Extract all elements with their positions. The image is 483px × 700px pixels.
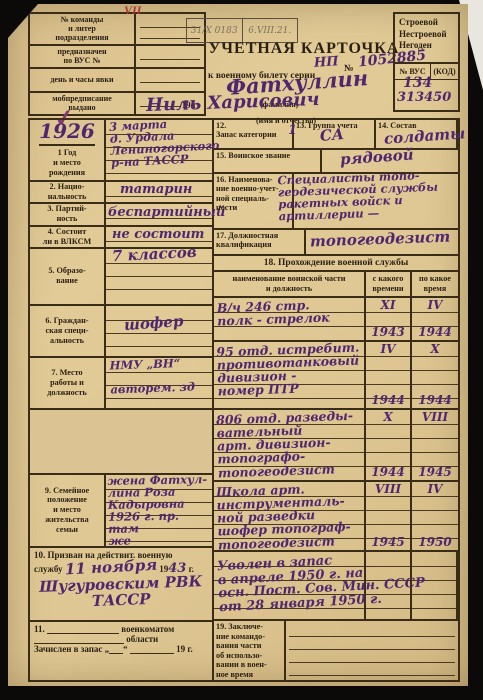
mob-time-label: день и часы явки — [30, 69, 136, 90]
kod-label: (КОД) — [431, 64, 458, 79]
left-column: 1926 1 Год и место рождения 3 марта д. У… — [30, 120, 214, 680]
service-row: 806 отд. разведы- вательный арт. дивизио… — [214, 410, 458, 482]
education-value-cell: 7 классов — [106, 249, 212, 304]
service-unit-handwritten: 95 отд. истребит. противотанковый дивизи… — [216, 340, 362, 397]
account-group-cell: 13. Группа учета СА — [294, 120, 376, 148]
reserve-blank-4 — [130, 645, 174, 654]
service-from-cell: IV 1944 — [366, 342, 412, 408]
party-handwritten: беспартийный — [108, 206, 225, 220]
service-discharge-row: Уволен в запас в апреле 1950 г. на осн. … — [214, 552, 458, 622]
service-to-cell: X 1944 — [412, 342, 458, 408]
row-command-conclusion: 19. Заключе- ние командо- вания части об… — [214, 621, 458, 680]
qualification-label: 17. Должностная квалификация — [214, 230, 306, 254]
qualification-value-cell: топогеодезист — [306, 230, 458, 254]
mob-vus-blank — [140, 49, 200, 64]
mob-row-time: день и часы явки — [30, 69, 204, 92]
service-from-year: 1945 — [371, 536, 404, 549]
military-specialty-value-cell: Специалисты топо- геодезической службы р… — [294, 174, 458, 228]
row-civil-specialty: 6. Граждан- ская специ- альность шофер — [30, 306, 212, 359]
row-family: 9. Семейное положение и место жительства… — [30, 475, 212, 548]
service-header-from: с какого времени — [366, 272, 412, 296]
reserve-g: г. — [187, 644, 192, 654]
fitness-vus-box: Строевой Нестроевой Негоден № ВУС (КОД) … — [393, 12, 460, 112]
reserve-blank-1 — [47, 625, 119, 634]
row-workplace: 7. Место работы и должность НМУ „ВН“ авт… — [30, 358, 212, 410]
reserve-word-2: области — [126, 634, 158, 644]
military-specialty-handwritten: Специалисты топо- геодезической службы р… — [277, 168, 469, 223]
service-unit-handwritten: 806 отд. разведы- вательный арт. дивизио… — [216, 408, 362, 479]
vus-code-values: 134 313450 — [395, 80, 458, 110]
account-group-handwritten: СА — [319, 127, 344, 145]
service-row: 95 отд. истребит. противотанковый дивизи… — [214, 342, 458, 410]
mob-vus-label: предназначен по ВУС № — [30, 46, 136, 67]
reserve-quote: “ — [123, 644, 128, 654]
mob-row-unit: № команды и литер подразделения — [30, 14, 204, 46]
nationality-label: 2. Нацио- нальность — [30, 182, 106, 202]
military-record-card: № команды и литер подразделения предназн… — [8, 4, 468, 686]
service-from-cell: XI 1943 — [366, 298, 412, 340]
komsomol-handwritten: не состоит — [112, 228, 204, 242]
mob-row-vus: предназначен по ВУС № — [30, 46, 204, 69]
birth-place-handwritten: 3 марта д. Урдала Лениногорского р-на ТА… — [109, 115, 220, 169]
service-from-month: XI — [381, 299, 396, 312]
service-to-year: 1945 — [418, 466, 451, 479]
education-handwritten: 7 классов — [112, 245, 197, 265]
service-from-month: IV — [381, 343, 396, 356]
service-section-title: 18. Прохождение военной службы — [214, 256, 458, 272]
service-row: Школа арт. инструменталь- ной разведки ш… — [214, 482, 458, 552]
service-from-month: VIII — [375, 483, 401, 496]
service-unit-cell: 806 отд. разведы- вательный арт. дивизио… — [214, 410, 366, 480]
service-unit-handwritten: В/ч 246 стр. полк - стрелок — [217, 296, 362, 327]
code-number-handwritten: 313450 — [397, 91, 451, 105]
service-table-header: наименование воинской части и должность … — [214, 272, 458, 298]
komsomol-label: 4. Состоит ли в ВЛКСМ — [30, 227, 106, 247]
service-from-month: X — [383, 411, 392, 424]
reserve-category-label: 12. Запас категории — [214, 120, 294, 148]
reserve-enlist: Зачислен в запас „ — [34, 644, 109, 654]
service-from-year: 1944 — [371, 394, 404, 407]
workplace-value-cell: НМУ „ВН“ авторем. зд — [106, 358, 212, 408]
rank-handwritten: рядовой — [340, 147, 415, 168]
pencil-note-left: 31/X 0183 — [187, 19, 243, 42]
conclusion-blank-lines — [289, 623, 455, 678]
birth-label: 1 Год и место рождения — [49, 146, 85, 180]
mob-unit-label: № команды и литер подразделения — [30, 14, 136, 44]
service-from-cell: VIII 1945 — [366, 482, 412, 550]
mob-time-blank — [140, 72, 200, 87]
service-to-year: 1944 — [418, 394, 451, 407]
red-numeral-annotation: VII — [124, 3, 141, 18]
nationality-handwritten: татарин — [120, 183, 192, 197]
service-to-cell: VIII 1945 — [412, 410, 458, 480]
drafted-word: службу — [34, 564, 63, 574]
service-to-month: IV — [428, 299, 443, 312]
party-value-cell: беспартийный — [106, 204, 212, 225]
civil-specialty-value-cell: шофер — [106, 306, 212, 357]
nationality-value-cell: татарин — [106, 182, 212, 202]
row-reserve: 11. военкоматом области Зачислен в запас… — [30, 622, 212, 680]
rank-label: 15. Воинское звание — [214, 150, 322, 172]
card-body-frame: 1926 1 Год и место рождения 3 марта д. У… — [28, 118, 460, 682]
right-column: 12. Запас категории 13. Группа учета СА … — [214, 120, 458, 680]
civil-specialty-label: 6. Граждан- ская специ- альность — [30, 306, 106, 357]
service-to-year: 1950 — [418, 536, 451, 549]
service-unit-cell: Школа арт. инструменталь- ной разведки ш… — [214, 482, 366, 550]
row-nationality: 2. Нацио- нальность татарин — [30, 182, 212, 204]
service-unit-cell: 95 отд. истребит. противотанковый дивизи… — [214, 342, 366, 408]
composition-handwritten: солдаты — [384, 126, 466, 147]
birth-year-handwritten: 1926 — [39, 120, 95, 146]
service-header-name: наименование воинской части и должность — [214, 272, 366, 296]
vus-number-handwritten: 134 — [403, 76, 432, 91]
conclusion-label: 19. Заключе- ние командо- вания части об… — [214, 621, 286, 680]
education-label: 5. Образо- вание — [30, 249, 106, 304]
row-military-specialty: 16. Наименова- ние военно-учет- ной спец… — [214, 174, 458, 230]
family-value-cell: жена Фатхул- лина Роза Кадыровна 1926 г.… — [106, 475, 212, 546]
mob-order-label: мобпредписание выдано — [30, 93, 136, 114]
given-name-handwritten: Ниль Харисович — [146, 91, 320, 116]
row-party: 3. Партий- ность беспартийный — [30, 204, 212, 227]
workplace-label: 7. Место работы и должность — [30, 358, 106, 408]
service-to-month: VIII — [422, 411, 448, 424]
service-row: В/ч 246 стр. полк - стрелок XI 1943 IV 1… — [214, 298, 458, 342]
birth-label-cell: 1926 1 Год и место рождения — [30, 120, 106, 180]
row-drafted: 10. Призван на действит. военную службу … — [30, 548, 212, 623]
workplace-handwritten: НМУ „ВН“ авторем. зд — [109, 357, 195, 396]
party-label: 3. Партий- ность — [30, 204, 106, 225]
service-to-month: IV — [428, 483, 443, 496]
drafted-year-print: 19 — [159, 564, 168, 574]
service-header-to: по какое время — [412, 272, 458, 296]
row-education: 5. Образо- вание 7 классов — [30, 249, 212, 306]
row-qualification: 17. Должностная квалификация топогеодези… — [214, 230, 458, 256]
birth-value-cell: 3 марта д. Урдала Лениногорского р-на ТА… — [106, 120, 212, 180]
fitness-categories: Строевой Нестроевой Негоден — [395, 14, 458, 64]
reserve-num: 11. — [34, 624, 45, 634]
service-from-year: 1944 — [371, 466, 404, 479]
civil-specialty-handwritten: шофер — [124, 313, 184, 333]
service-from-cell: X 1944 — [366, 410, 412, 480]
row-birth: 1926 1 Год и место рождения 3 марта д. У… — [30, 120, 212, 182]
service-to-year: 1944 — [418, 326, 451, 339]
qualification-handwritten: топогеодезист — [310, 229, 451, 250]
reserve-blank-3 — [109, 645, 123, 654]
service-unit-cell: В/ч 246 стр. полк - стрелок — [214, 298, 366, 340]
reserve-year: 19 — [176, 644, 185, 654]
composition-cell: 14. Состав солдаты — [376, 120, 458, 148]
service-to-cell: IV 1944 — [412, 298, 458, 340]
reserve-category-handwritten: 1 — [288, 124, 297, 138]
family-handwritten: жена Фатхул- лина Роза Кадыровна 1926 г.… — [107, 473, 212, 547]
service-to-cell: IV 1950 — [412, 482, 458, 550]
reserve-word-1: военкоматом — [121, 624, 174, 634]
service-from-year: 1943 — [371, 326, 404, 339]
drafted-rvk-handwritten: Шугуровским РВК ТАССР — [34, 574, 209, 612]
redacted-area — [30, 410, 212, 475]
reserve-blank-2 — [34, 635, 124, 644]
family-label: 9. Семейное положение и место жительства… — [30, 475, 106, 546]
service-unit-handwritten: Школа арт. инструменталь- ной разведки ш… — [216, 480, 362, 551]
service-to-month: X — [430, 343, 439, 356]
row-12-13-14: 12. Запас категории 13. Группа учета СА … — [214, 120, 458, 150]
pencil-note-right: 6.VIII.21. — [243, 19, 298, 42]
